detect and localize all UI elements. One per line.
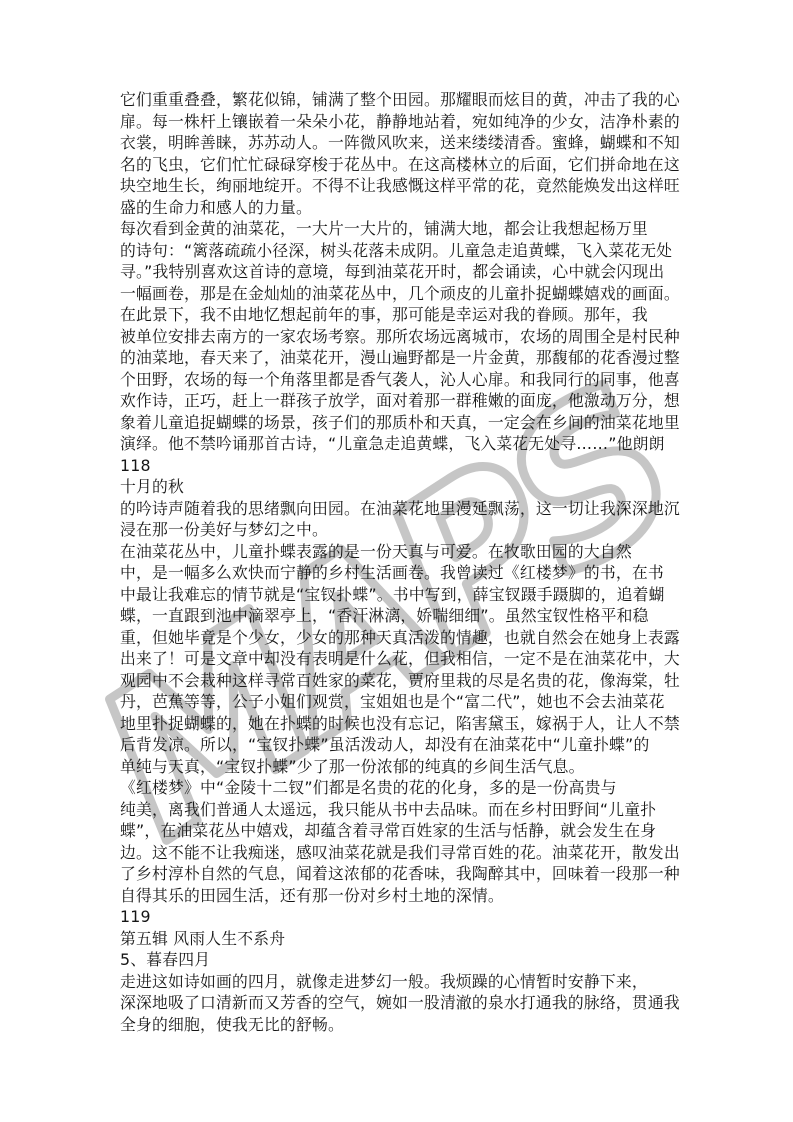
text-line: 演绎。他不禁吟诵那首古诗，“儿童急走追黄蝶，飞入菜花无处寻……”他朗朗: [120, 433, 686, 455]
text-line: 浸在那一份美好与梦幻之中。: [120, 519, 686, 541]
text-line: 的油菜地，春天来了，油菜花开，漫山遍野都是一片金黄，那馥郁的花香漫过整: [120, 347, 686, 369]
text-line: 它们重重叠叠，繁花似锦，铺满了整个田园。那耀眼而炫目的黄，冲击了我的心: [120, 89, 686, 111]
chapter-title: 5、暮春四月: [120, 949, 686, 971]
text-line: 了乡村淳朴自然的气息，闻着这浓郁的花香味，我陶醉其中，回味着一段那一种: [120, 863, 686, 885]
section-title: 第五辑 风雨人生不系舟: [120, 928, 686, 950]
text-line: 在油菜花丛中，儿童扑蝶表露的是一份天真与可爱。在牧歌田园的大自然: [120, 541, 686, 563]
chapter-title: 十月的秋: [120, 476, 686, 498]
text-line: 丹，芭蕉等等，公子小姐们观赏，宝姐姐也是个“富二代”，她也不会去油菜花: [120, 691, 686, 713]
text-line: 后背发凉。所以，“宝钗扑蝶”虽活泼动人，却没有在油菜花中“儿童扑蝶”的: [120, 734, 686, 756]
page-number: 118: [120, 455, 686, 477]
text-line: 地里扑捉蝴蝶的，她在扑蝶的时候也没有忘记，陷害黛玉，嫁祸于人，让人不禁: [120, 713, 686, 735]
text-line: 中最让我难忘的情节就是“宝钗扑蝶”。书中写到，薛宝钗蹑手蹑脚的，追着蝴: [120, 584, 686, 606]
text-line: 盛的生命力和感人的力量。: [120, 197, 686, 219]
text-line: 寻。”我特别喜欢这首诗的意境，每到油菜花开时，都会诵读，心中就会闪现出: [120, 261, 686, 283]
page-number: 119: [120, 906, 686, 928]
text-line: 在此景下，我不由地忆想起前年的事，那可能是幸运对我的眷顾。那年，我: [120, 304, 686, 326]
text-line: 象着儿童追捉蝴蝶的场景，孩子们的那质朴和天真，一定会在乡间的油菜花地里: [120, 412, 686, 434]
text-line: 的吟诗声随着我的思绪飘向田园。在油菜花地里漫延飘荡，这一切让我深深地沉: [120, 498, 686, 520]
text-line: 欢作诗，正巧，赶上一群孩子放学，面对着那一群稚嫩的面庞，他激动万分，想: [120, 390, 686, 412]
document-page: MAPS 它们重重叠叠，繁花似锦，铺满了整个田园。那耀眼而炫目的黄，冲击了我的心…: [0, 0, 793, 1122]
text-line: 蝶，一直跟到池中滴翠亭上，“香汗淋漓，娇喘细细”。虽然宝钗性格平和稳: [120, 605, 686, 627]
text-line: 走进这如诗如画的四月，就像走进梦幻一般。我烦躁的心情暂时安静下来，: [120, 971, 686, 993]
text-line: 名的飞虫，它们忙忙碌碌穿梭于花丛中。在这高楼林立的后面，它们拼命地在这: [120, 154, 686, 176]
text-line: 深深地吸了口清新而又芳香的空气，婉如一股清澈的泉水打通我的脉络，贯通我: [120, 992, 686, 1014]
text-line: 蝶”，在油菜花丛中嬉戏，却蕴含着寻常百姓家的生活与恬静，就会发生在身: [120, 820, 686, 842]
text-line: 的诗句：“篱落疏疏小径深，树头花落未成阴。儿童急走追黄蝶，飞入菜花无处: [120, 240, 686, 262]
text-line: 被单位安排去南方的一家农场考察。那所农场远离城市，农场的周围全是村民种: [120, 326, 686, 348]
text-line: 块空地生长，绚丽地绽开。不得不让我感慨这样平常的花，竟然能焕发出这样旺: [120, 175, 686, 197]
text-line: 一幅画卷，那是在金灿灿的油菜花丛中，几个顽皮的儿童扑捉蝴蝶嬉戏的画面。: [120, 283, 686, 305]
text-line: 纯美，离我们普通人太遥远，我只能从书中去品味。而在乡村田野间“儿童扑: [120, 799, 686, 821]
document-text: 它们重重叠叠，繁花似锦，铺满了整个田园。那耀眼而炫目的黄，冲击了我的心扉。每一株…: [120, 89, 686, 1035]
text-line: 自得其乐的田园生活，还有那一份对乡村土地的深情。: [120, 885, 686, 907]
text-line: 出来了！可是文章中却没有表明是什么花，但我相信，一定不是在油菜花中，大: [120, 648, 686, 670]
text-line: 边。这不能不让我痴迷，感叹油菜花就是我们寻常百姓的花。油菜花开，散发出: [120, 842, 686, 864]
text-line: 全身的细胞，使我无比的舒畅。: [120, 1014, 686, 1036]
text-line: 观园中不会栽种这样寻常百姓家的菜花，贾府里栽的尽是名贵的花，像海棠，牡: [120, 670, 686, 692]
text-line: 个田野，农场的每一个角落里都是香气袭人，沁人心扉。和我同行的同事，他喜: [120, 369, 686, 391]
text-line: 扉。每一株杆上镶嵌着一朵朵小花，静静地站着，宛如纯净的少女，洁净朴素的: [120, 111, 686, 133]
text-line: 衣裳，明眸善睐，苏苏动人。一阵微风吹来，送来缕缕清香。蜜蜂，蝴蝶和不知: [120, 132, 686, 154]
text-line: 《红楼梦》中“金陵十二钗”们都是名贵的花的化身，多的是一份高贵与: [120, 777, 686, 799]
text-line: 每次看到金黄的油菜花，一大片一大片的，铺满大地，都会让我想起杨万里: [120, 218, 686, 240]
text-line: 中，是一幅多么欢快而宁静的乡村生活画卷。我曾读过《红楼梦》的书，在书: [120, 562, 686, 584]
text-line: 单纯与天真，“宝钗扑蝶”少了那一份浓郁的纯真的乡间生活气息。: [120, 756, 686, 778]
text-line: 重，但她毕竟是个少女，少女的那种天真活泼的情趣，也就自然会在她身上表露: [120, 627, 686, 649]
